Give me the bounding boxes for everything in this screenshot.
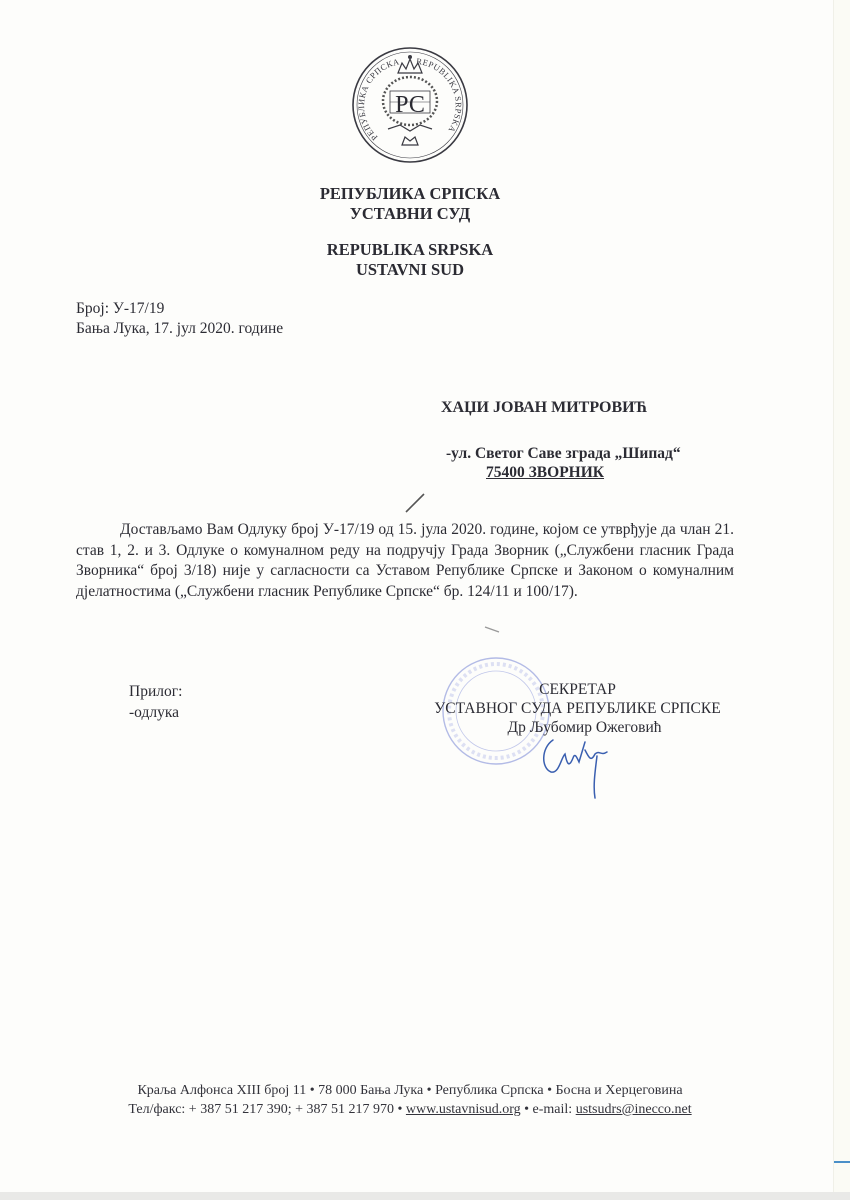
document-page: РЕПУБЛИКА СРПСКА REPUBLIKA SRPSKA РС РЕП… [0,0,850,1192]
court-seal-emblem-icon: РЕПУБЛИКА СРПСКА REPUBLIKA SRPSKA РС [350,45,470,165]
court-title-cyrillic: УСТАВНИ СУД [0,204,820,224]
svg-text:РС: РС [395,92,425,118]
enclosure-block: Прилог: -одлука [129,681,182,723]
court-name-cyrillic: РЕПУБЛИКА СРПСКА УСТАВНИ СУД [0,184,820,224]
recipient-city: 75400 ЗВОРНИК [486,464,604,482]
letter-body-paragraph: Достављамо Вам Одлуку број У-17/19 од 15… [76,520,734,602]
scan-edge-strip [833,0,850,1192]
court-name-latin: REPUBLIKA SRPSKA USTAVNI SUD [0,240,820,280]
case-number: Број: У-17/19 [76,299,283,319]
recipient-address: -ул. Светог Саве зграда „Шипад“ [446,444,681,464]
stray-mark-icon [484,626,500,634]
enclosure-label: Прилог: [129,681,182,702]
place-and-date: Бања Лука, 17. јул 2020. године [76,319,283,339]
letterhead-footer: Краља Алфонса XIII број 11 • 78 000 Бања… [0,1081,820,1119]
footer-address: Краља Алфонса XIII број 11 • 78 000 Бања… [0,1081,820,1100]
reference-block: Број: У-17/19 Бања Лука, 17. јул 2020. г… [76,299,283,339]
svg-text:РЕПУБЛИКА СРПСКА: РЕПУБЛИКА СРПСКА [356,56,401,142]
pen-stroke-mark-icon [404,492,426,514]
handwritten-signature-icon [535,728,615,800]
recipient-name: ХАЏИ ЈОВАН МИТРОВИЋ [441,399,647,417]
republic-name-cyrillic: РЕПУБЛИКА СРПСКА [0,184,820,204]
court-title-latin: USTAVNI SUD [0,260,820,280]
signatory-institution: УСТАВНОГ СУДА РЕПУБЛИКЕ СРПСКЕ [405,699,750,718]
scan-ink-mark [834,1161,850,1163]
footer-phone: Тел/факс: + 387 51 217 390; + 387 51 217… [128,1102,406,1117]
republic-name-latin: REPUBLIKA SRPSKA [0,240,820,260]
email-link[interactable]: ustsudrs@inecco.net [576,1102,692,1117]
signatory-title: СЕКРЕТАР [405,680,750,699]
website-link[interactable]: www.ustavnisud.org [406,1102,521,1117]
footer-contacts: Тел/факс: + 387 51 217 390; + 387 51 217… [0,1100,820,1119]
enclosure-item: -одлука [129,702,182,723]
footer-email-label: • e-mail: [521,1102,576,1117]
